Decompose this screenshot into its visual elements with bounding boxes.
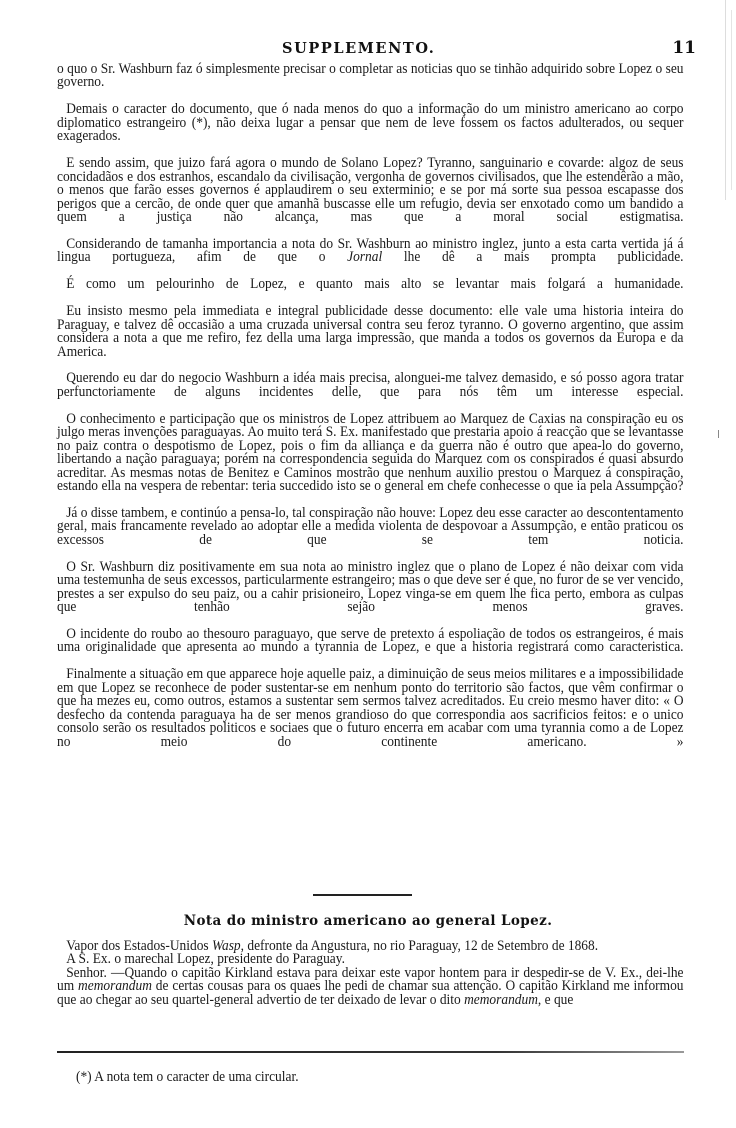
scan-artifact (731, 10, 732, 190)
page-number: 11 (672, 38, 696, 58)
scan-artifact (718, 430, 719, 438)
page-header: SUPPLEMENTO. 11 (0, 40, 736, 62)
scan-artifact (725, 0, 726, 200)
paragraph: O Sr. Washburn diz positivamente em sua … (57, 561, 684, 628)
paragraph-jornal: Considerando de tamanha importancia a no… (57, 238, 684, 278)
paragraph-continuation: o quo o Sr. Washburn faz ó simplesmente … (57, 63, 684, 103)
newspaper-name: Jornal (347, 249, 382, 265)
footnote: (*) A nota tem o caracter de uma circula… (76, 1069, 299, 1086)
section-title: Nota do ministro americano ao general Lo… (0, 913, 736, 929)
running-head: SUPPLEMENTO. (282, 40, 435, 57)
footnote-divider (57, 1051, 684, 1053)
article-body: o quo o Sr. Washburn faz ó simplesmente … (57, 63, 684, 763)
paragraph: O incidente do roubo ao thesouro paragua… (57, 628, 684, 668)
paragraph: Querendo eu dar do negocio Washburn a id… (57, 372, 684, 412)
paragraph: Eu insisto mesmo pela immediata e integr… (57, 305, 684, 372)
letter-text: de certas cousas para os quaes lhe pedi … (57, 978, 684, 1007)
section-divider (313, 894, 412, 896)
letter-text: , e que (538, 992, 573, 1008)
letter-paragraph: Senhor. —Quando o capitão Kirkland estav… (57, 967, 684, 1007)
paragraph: Finalmente a situação em que apparece ho… (57, 668, 684, 762)
letter-body: Vapor dos Estados-Unidos Wasp, defronte … (57, 940, 684, 1007)
paragraph: É como um pelourinho de Lopez, e quanto … (57, 278, 684, 305)
paragraph: E sendo assim, que juizo fará agora o mu… (57, 157, 684, 238)
paragraph: Já o disse tambem, e continúo a pensa-lo… (57, 507, 684, 561)
paragraph-text: lhe dê a mais prompta publicidade. (404, 249, 684, 265)
memorandum-term: memorandum (464, 992, 538, 1008)
paragraph: Demais o caracter do documento, que ó na… (57, 103, 684, 157)
paragraph: O conhecimento e participação que os min… (57, 413, 684, 507)
